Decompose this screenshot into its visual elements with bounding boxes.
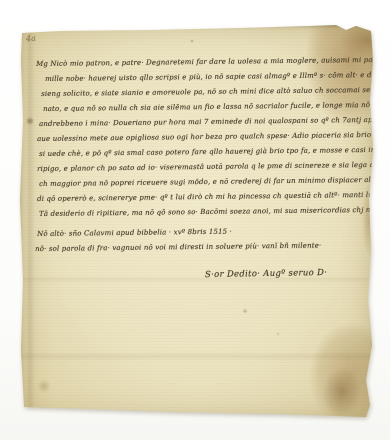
manuscript-dateline: Nō altò· sño Calavmi apud bibbelia · xvº… — [37, 228, 232, 238]
manuscript-line: ripigo, e planor ch po sato ad io· viser… — [37, 161, 390, 173]
archival-number: 4a — [26, 34, 36, 44]
manuscript-line: andrebbeno i mina· Doueriano pur hora ma… — [39, 116, 390, 128]
signature: S·or Dedito· Augº seruo D· — [205, 268, 327, 280]
manuscript-line: ch maggior pna nō poprei riceuere sugi m… — [39, 176, 390, 188]
manuscript-paper: 4a Mg Nicò mio patron, e patre· Degnaret… — [20, 24, 374, 420]
manuscript-line: nato, e qua nō so nulla ch sia aie silēm… — [43, 101, 370, 113]
manuscript-postscript: nō· sol parola di fra· vagnuoi nō voi mi… — [35, 242, 321, 253]
manuscript-line: aue uolessino mete aue opigliosa suo ogi… — [37, 130, 390, 143]
manuscript-line: Mg Nicò mio patron, e patre· Degnaretemi… — [36, 56, 381, 68]
manuscript-line: si uede chè, e pō qº sia smal caso poter… — [39, 146, 390, 158]
manuscript-paper-shadow: 4a Mg Nicò mio patron, e patre· Degnaret… — [20, 24, 374, 420]
manuscript-line: sieng solicito, e siate sianio e amoreuo… — [41, 85, 390, 98]
manuscript-line: mille nobe· hauerej uisto qllo scripsi e… — [45, 71, 390, 83]
manuscript-line: di qō opererò e, scinererye pme· qº t lu… — [37, 191, 384, 203]
manuscript-line: Tā desiderio di ripitiare, ma nō qō sono… — [39, 206, 379, 218]
photo-background: 4a Mg Nicò mio patron, e patre· Degnaret… — [0, 0, 390, 440]
